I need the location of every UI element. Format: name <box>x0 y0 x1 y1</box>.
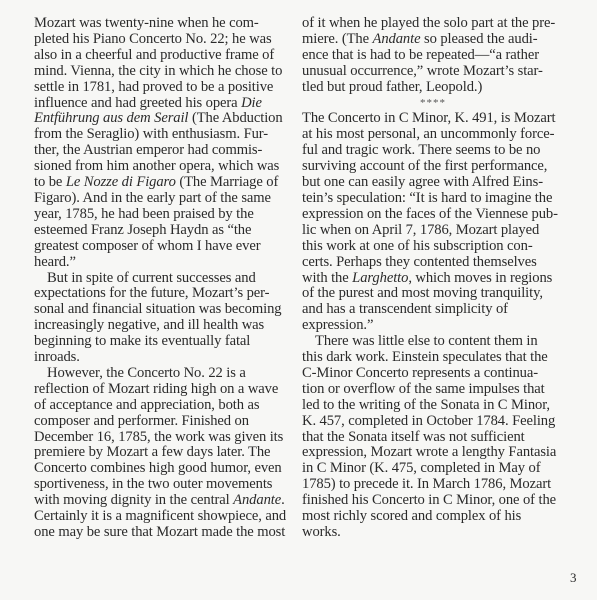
text-line: certs. Perhaps they contented themselves <box>302 255 564 271</box>
text-line: of acceptance and appreciation, both as <box>34 398 296 414</box>
text-line: in C Minor (K. 475, completed in May of <box>302 461 564 477</box>
text-line: tion or overflow of the same impulses th… <box>302 382 564 398</box>
italic-title: Le Nozze di Figaro <box>66 174 176 190</box>
text-line: Entführung aus dem Serail (The Abduction <box>34 111 296 127</box>
text-line: December 16, 1785, the work was given it… <box>34 430 296 446</box>
text-line: at his most personal, an uncommonly forc… <box>302 127 564 143</box>
text-line: composer and performer. Finished on <box>34 414 296 430</box>
page-number: 3 <box>570 570 577 586</box>
text-segment: . <box>281 492 285 508</box>
text-line: expression, Mozart wrote a lengthy Fanta… <box>302 445 564 461</box>
text-line: pleted his Piano Concerto No. 22; he was <box>34 32 296 48</box>
text-line: ther, the Austrian emperor had commis- <box>34 143 296 159</box>
text-line: Certainly it is a magnificent showpiece,… <box>34 509 296 525</box>
text-line: influence and had greeted his opera Die <box>34 96 296 112</box>
text-line: with moving dignity in the central Andan… <box>34 493 296 509</box>
text-line: greatest composer of whom I have ever <box>34 239 296 255</box>
text-segment: influence and had greeted his opera <box>34 95 241 111</box>
text-segment: to be <box>34 174 66 190</box>
text-line: K. 457, completed in October 1784. Feeli… <box>302 414 564 430</box>
text-line: of the purest and most moving tranquilit… <box>302 286 564 302</box>
text-line: finished his Concerto in C Minor, one of… <box>302 493 564 509</box>
text-line: sportiveness, in the two outer movements <box>34 477 296 493</box>
italic-title: Die <box>241 95 262 111</box>
text-line: tled but proud father, Leopold.) <box>302 80 564 96</box>
section-separator: **** <box>302 96 564 112</box>
italic-title: Larghetto <box>352 270 408 286</box>
text-segment: with moving dignity in the central <box>34 492 233 508</box>
text-line: inroads. <box>34 350 296 366</box>
text-line: esteemed Franz Joseph Haydn as “the <box>34 223 296 239</box>
text-line: settle in 1781, had proved to be a posit… <box>34 80 296 96</box>
text-line: But in spite of current successes and <box>34 271 296 287</box>
text-line: reflection of Mozart riding high on a wa… <box>34 382 296 398</box>
text-line: unusual occurrence,” wrote Mozart’s star… <box>302 64 564 80</box>
text-line: tein’s speculation: “It is hard to imagi… <box>302 191 564 207</box>
text-line: Figaro). And in the early part of the sa… <box>34 191 296 207</box>
text-line: There was little else to content them in <box>302 334 564 350</box>
text-line: heard.” <box>34 255 296 271</box>
text-line: but one can easily agree with Alfred Ein… <box>302 175 564 191</box>
text-line: However, the Concerto No. 22 is a <box>34 366 296 382</box>
text-segment: (The Abduction <box>188 110 282 126</box>
text-line: mind. Vienna, the city in which he chose… <box>34 64 296 80</box>
text-line: ful and tragic work. There seems to be n… <box>302 143 564 159</box>
italic-title: Andante <box>233 492 281 508</box>
text-line: surviving account of the first performan… <box>302 159 564 175</box>
text-line: 1785) to precede it. In March 1786, Moza… <box>302 477 564 493</box>
italic-title: Entführung aus dem Serail <box>34 110 188 126</box>
text-line: from the Seraglio) with enthusiasm. Fur- <box>34 127 296 143</box>
text-line: also in a cheerful and productive frame … <box>34 48 296 64</box>
text-line: led to the writing of the Sonata in C Mi… <box>302 398 564 414</box>
text-line: The Concerto in C Minor, K. 491, is Moza… <box>302 111 564 127</box>
text-segment: with the <box>302 270 352 286</box>
text-line: one may be sure that Mozart made the mos… <box>34 525 296 541</box>
text-line: of it when he played the solo part at th… <box>302 16 564 32</box>
booklet-page: Mozart was twenty-nine when he com-plete… <box>0 0 597 600</box>
text-line: and has a transcendent simplicity of <box>302 302 564 318</box>
text-line: to be Le Nozze di Figaro (The Marriage o… <box>34 175 296 191</box>
text-segment: , which moves in regions <box>408 270 552 286</box>
text-line: this work at one of his subscription con… <box>302 239 564 255</box>
text-line: Concerto combines high good humor, even <box>34 461 296 477</box>
text-line: year, 1785, he had been praised by the <box>34 207 296 223</box>
text-line: premiere by Mozart a few days later. The <box>34 445 296 461</box>
text-segment: miere. (The <box>302 31 373 47</box>
left-column: Mozart was twenty-nine when he com-plete… <box>34 16 296 541</box>
text-line: expression on the faces of the Viennese … <box>302 207 564 223</box>
text-line: most richly scored and complex of his <box>302 509 564 525</box>
text-segment: (The Marriage of <box>176 174 278 190</box>
text-line: that the Sonata itself was not sufficien… <box>302 430 564 446</box>
text-line: works. <box>302 525 564 541</box>
text-line: ence that is had to be repeated—“a rathe… <box>302 48 564 64</box>
text-line: beginning to make its eventually fatal <box>34 334 296 350</box>
text-line: this dark work. Einstein speculates that… <box>302 350 564 366</box>
text-line: expression.” <box>302 318 564 334</box>
text-line: sonal and financial situation was becomi… <box>34 302 296 318</box>
text-line: C-Minor Concerto represents a continua- <box>302 366 564 382</box>
text-line: lic when on April 7, 1786, Mozart played <box>302 223 564 239</box>
text-line: with the Larghetto, which moves in regio… <box>302 271 564 287</box>
text-segment: so pleased the audi- <box>420 31 537 47</box>
text-line: expectations for the future, Mozart’s pe… <box>34 286 296 302</box>
right-column: of it when he played the solo part at th… <box>302 16 564 541</box>
text-line: increasingly negative, and ill health wa… <box>34 318 296 334</box>
italic-title: Andante <box>373 31 421 47</box>
text-line: sioned from him another opera, which was <box>34 159 296 175</box>
text-line: miere. (The Andante so pleased the audi- <box>302 32 564 48</box>
text-line: Mozart was twenty-nine when he com- <box>34 16 296 32</box>
